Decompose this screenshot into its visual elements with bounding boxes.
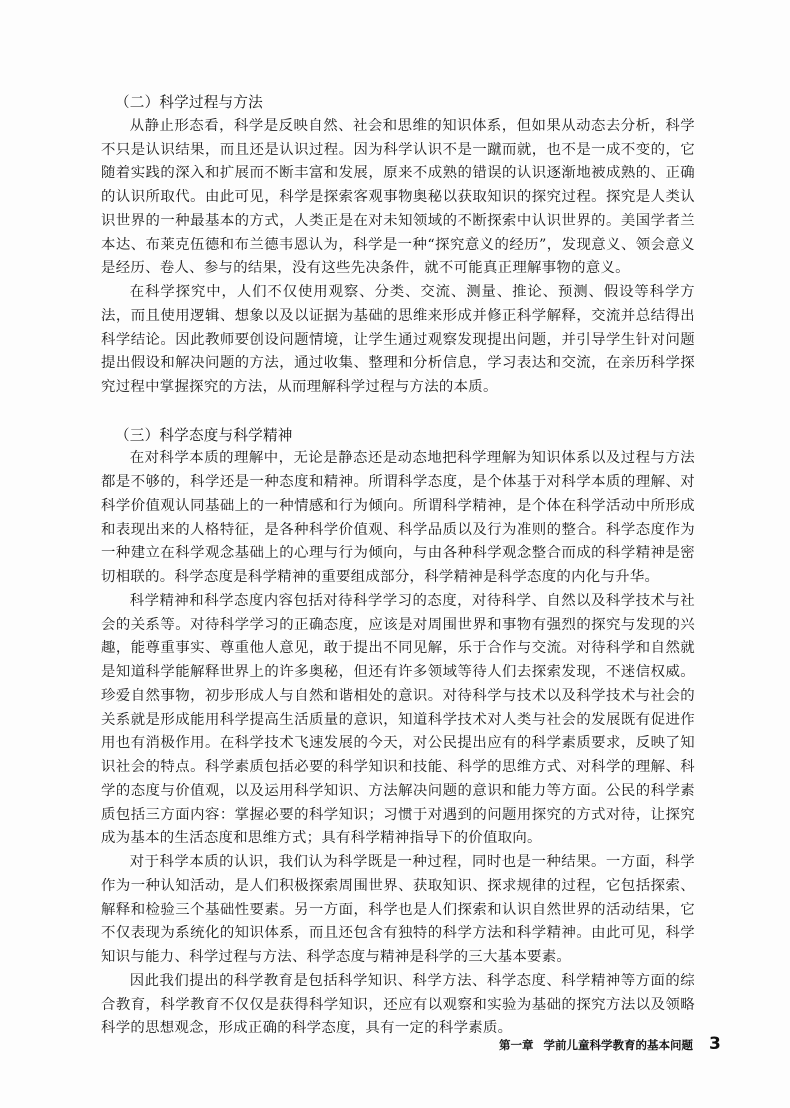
paragraph: 在对科学本质的理解中，无论是静态还是动态地把科学理解为知识体系以及过程与方法都是… — [101, 447, 695, 590]
section-science-attitude: （三）科学态度与科学精神 在对科学本质的理解中，无论是静态还是动态地把科学理解为… — [101, 424, 695, 1042]
footer-chapter: 第一章 — [499, 1037, 534, 1053]
page-number: 3 — [709, 1034, 721, 1054]
section-heading: （三）科学态度与科学精神 — [101, 424, 695, 448]
paragraph: 对于科学本质的认识，我们认为科学既是一种过程，同时也是一种结果。一方面，科学作为… — [101, 851, 695, 970]
paragraph: 因此我们提出的科学教育是包括科学知识、科学方法、科学态度、科学精神等方面的综合教… — [101, 970, 695, 1041]
section-gap — [101, 400, 695, 424]
section-science-process: （二）科学过程与方法 从静止形态看，科学是反映自然、社会和思维的知识体系，但如果… — [101, 91, 695, 400]
page-footer: 第一章 学前儿童科学教育的基本问题 3 — [499, 1034, 721, 1054]
section-heading: （二）科学过程与方法 — [101, 91, 695, 115]
paragraph: 从静止形态看，科学是反映自然、社会和思维的知识体系，但如果从动态去分析，科学不只… — [101, 115, 695, 281]
page-content: （二）科学过程与方法 从静止形态看，科学是反映自然、社会和思维的知识体系，但如果… — [101, 91, 695, 1041]
document-page: （二）科学过程与方法 从静止形态看，科学是反映自然、社会和思维的知识体系，但如果… — [0, 0, 790, 1108]
paragraph: 在科学探究中，人们不仅使用观察、分类、交流、测量、推论、预测、假设等科学方法，而… — [101, 281, 695, 400]
footer-chapter-title: 学前儿童科学教育的基本问题 — [544, 1037, 694, 1053]
paragraph: 科学精神和科学态度内容包括对待科学学习的态度，对待科学、自然以及科学技术与社会的… — [101, 590, 695, 851]
